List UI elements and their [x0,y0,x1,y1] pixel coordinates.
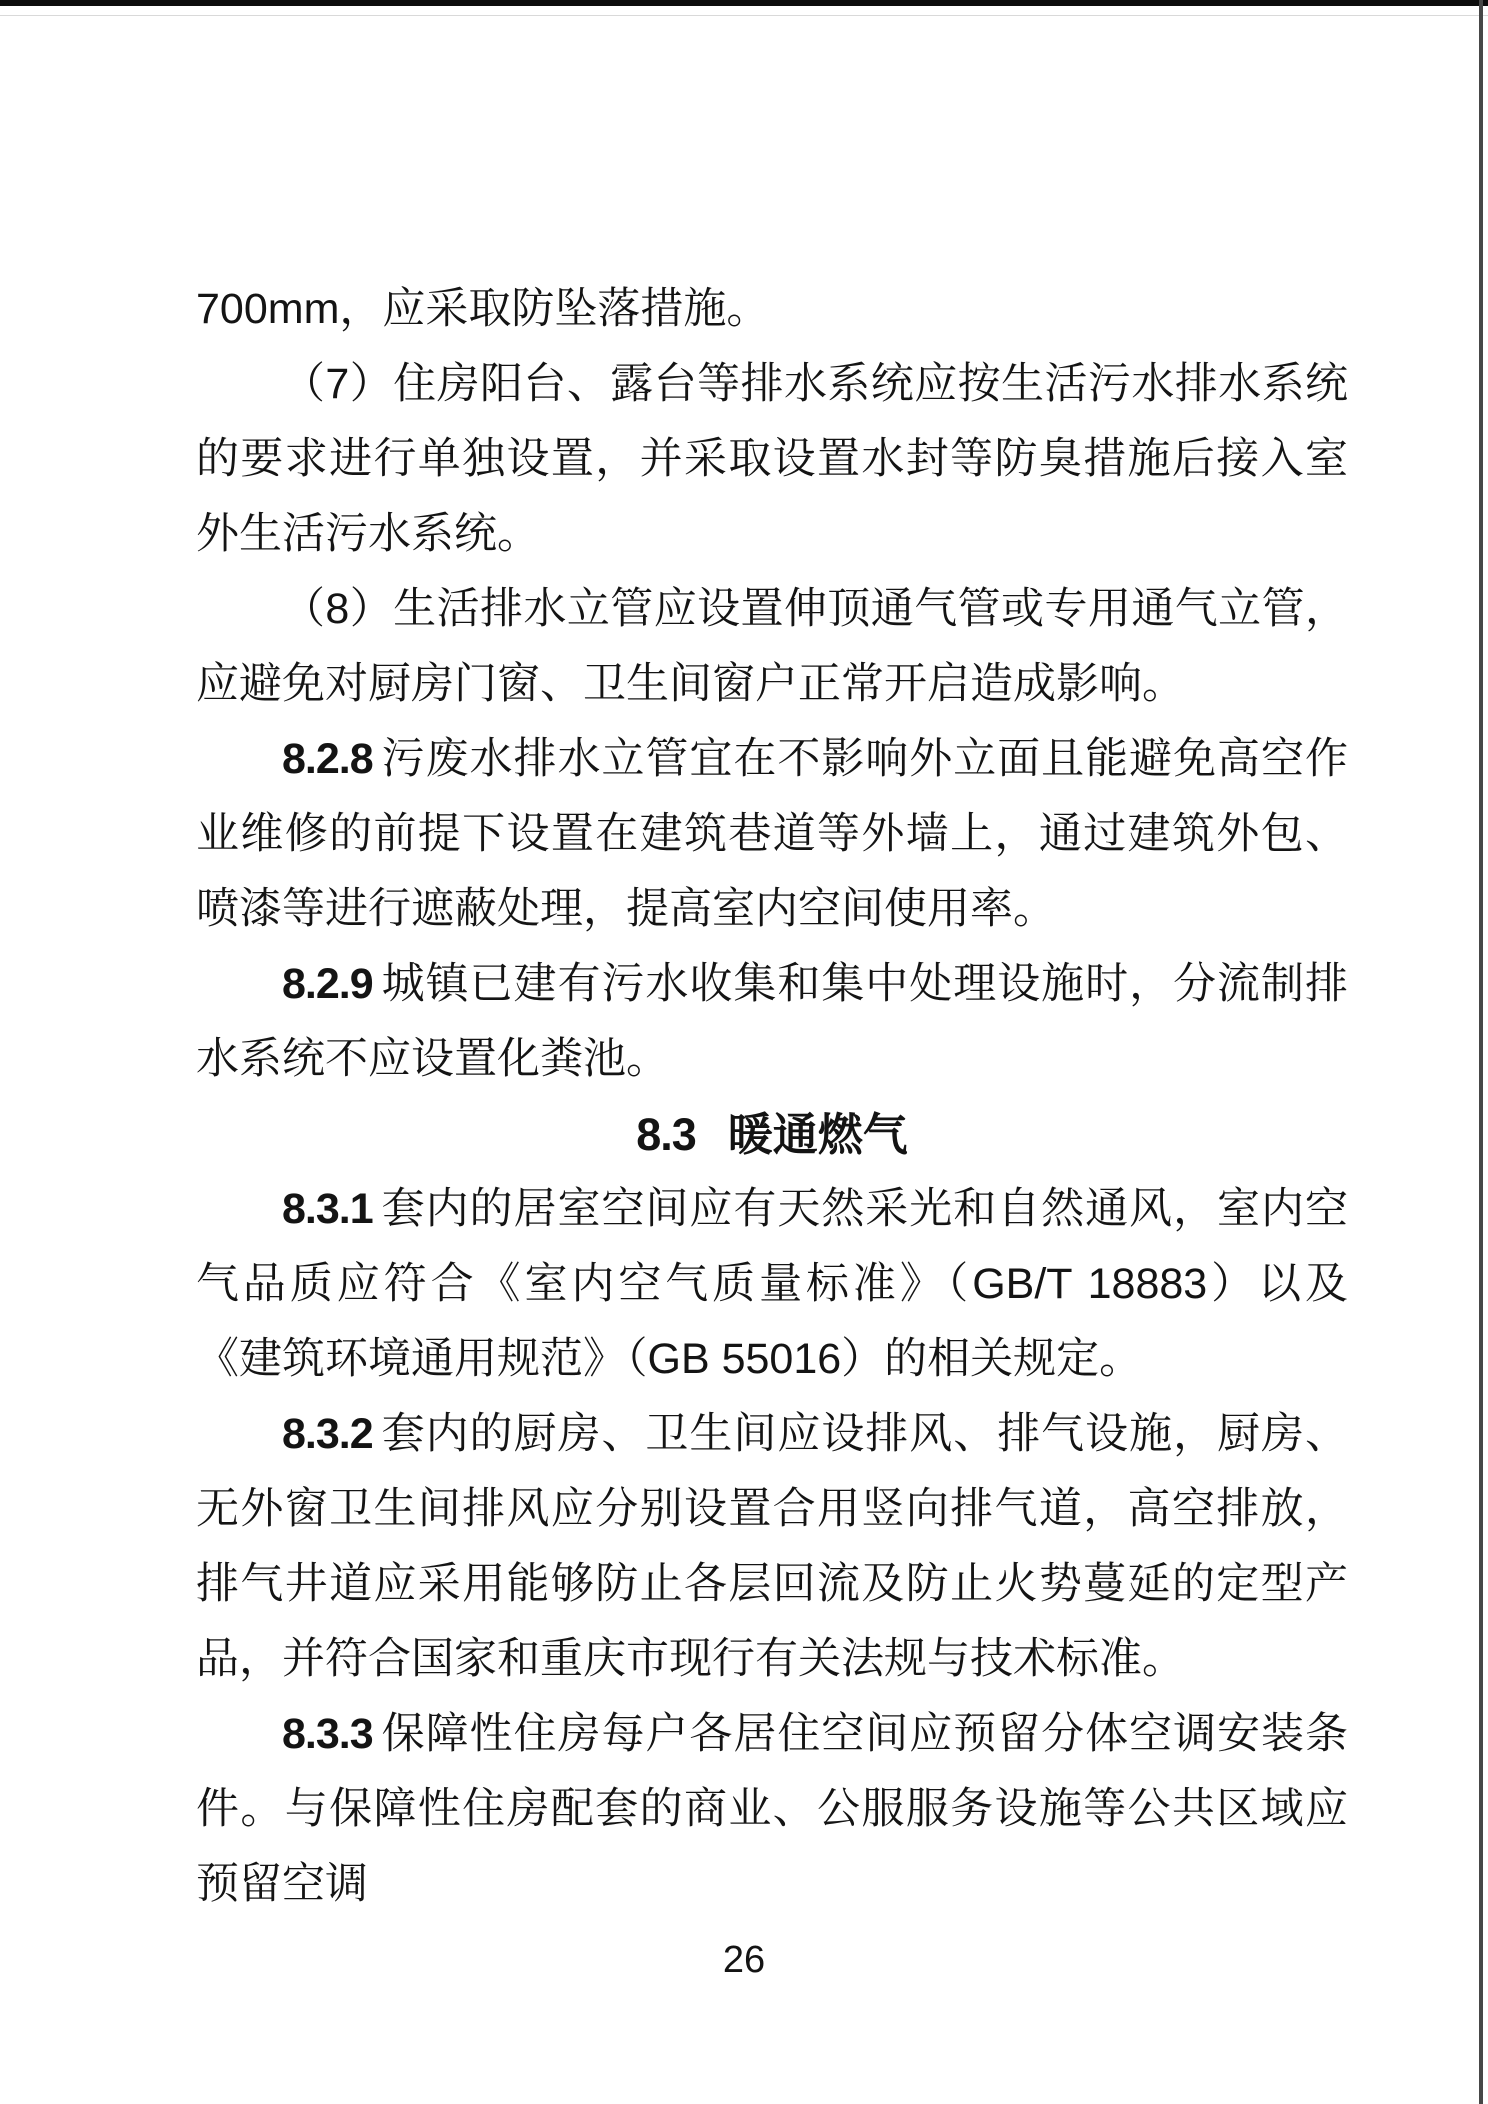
scan-artifact-hairline [0,15,1488,16]
clause-number: 8.2.9 [282,960,381,1008]
list-item-7: （7）住房阳台、露台等排水系统应按生活污水排水系统的要求进行单独设置，并采取设置… [196,347,1348,572]
paragraph-text: 700mm，应采取防坠落措施。 [196,285,769,333]
clause-8-3-1: 8.3.1套内的居室空间应有天然采光和自然通风，室内空气品质应符合《室内空气质量… [196,1172,1348,1397]
clause-8-2-9: 8.2.9城镇已建有污水收集和集中处理设施时，分流制排水系统不应设置化粪池。 [196,947,1348,1097]
section-number: 8.3 [636,1109,696,1160]
page-number: 26 [0,1938,1488,1984]
clause-number: 8.3.2 [282,1410,381,1458]
scan-artifact-top-bar [0,0,1488,6]
section-heading-8-3: 8.3暖通燃气 [196,1097,1348,1172]
clause-8-3-2: 8.3.2套内的厨房、卫生间应设排风、排气设施，厨房、无外窗卫生间排风应分别设置… [196,1397,1348,1697]
clause-8-2-8: 8.2.8污废水排水立管宜在不影响外立面且能避免高空作业维修的前提下设置在建筑巷… [196,722,1348,947]
clause-8-3-3: 8.3.3保障性住房每户各居住空间应预留分体空调安装条件。与保障性住房配套的商业… [196,1697,1348,1922]
document-page: 700mm，应采取防坠落措施。 （7）住房阳台、露台等排水系统应按生活污水排水系… [0,0,1488,2104]
clause-number: 8.2.8 [282,735,381,783]
list-item-8: （8）生活排水立管应设置伸顶通气管或专用通气立管，应避免对厨房门窗、卫生间窗户正… [196,572,1348,722]
paragraph-text: （8）生活排水立管应设置伸顶通气管或专用通气立管，应避免对厨房门窗、卫生间窗户正… [196,585,1348,708]
paragraph-continuation: 700mm，应采取防坠落措施。 [196,272,1348,347]
clause-number: 8.3.1 [282,1185,381,1233]
document-body: 700mm，应采取防坠落措施。 （7）住房阳台、露台等排水系统应按生活污水排水系… [196,272,1348,1922]
section-title: 暖通燃气 [728,1109,908,1160]
scan-artifact-right-line [1479,0,1483,2104]
paragraph-text: （7）住房阳台、露台等排水系统应按生活污水排水系统的要求进行单独设置，并采取设置… [196,360,1348,558]
clause-number: 8.3.3 [282,1710,381,1758]
